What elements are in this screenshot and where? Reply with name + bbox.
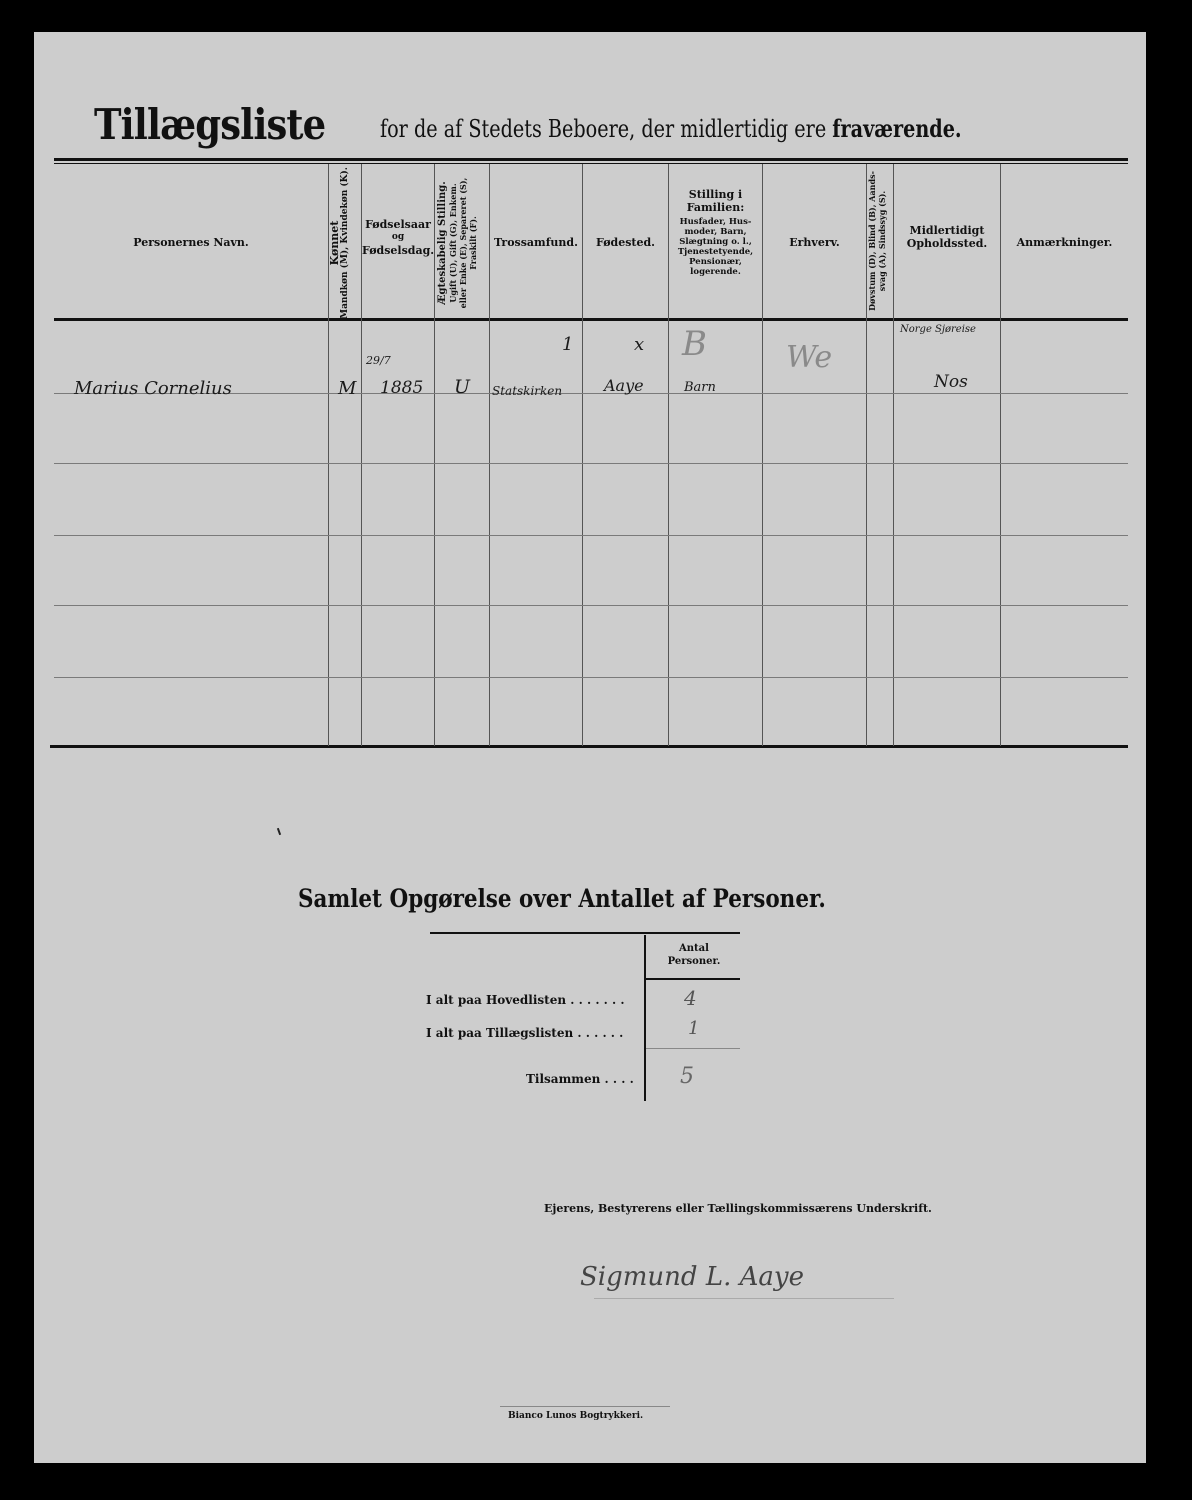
cell-birthplace: Aaye bbox=[604, 376, 644, 395]
header-bottom-rule bbox=[54, 318, 1128, 321]
form-subtitle-emphasis: fraværende. bbox=[832, 114, 961, 143]
summary-top-rule bbox=[430, 932, 740, 934]
summary-value-main-list: 4 bbox=[684, 986, 697, 1010]
header-marital-line2: Ugift (U), Gift (G), Enkem. bbox=[448, 165, 458, 321]
header-marital-line3: eller Enke (E), Separeret (S), bbox=[458, 165, 468, 321]
header-temp-residence-line1: Midlertidigt bbox=[894, 224, 1000, 237]
cell-birth-year: 1885 bbox=[380, 378, 423, 398]
header-family-line5: Slægtning o. l., bbox=[669, 237, 762, 247]
header-temp-residence: Midlertidigt Opholdssted. bbox=[894, 224, 1000, 250]
summary-divider bbox=[644, 935, 646, 1101]
header-marital: Ægteskabelig Stilling. Ugift (U), Gift (… bbox=[438, 165, 488, 321]
header-marital-line4: Fraskilt (F). bbox=[468, 165, 478, 321]
cell-occupation: We bbox=[786, 340, 832, 375]
form-title: Tillægsliste bbox=[94, 100, 325, 149]
census-form-page: Tillægsliste for de af Stedets Beboere, … bbox=[34, 32, 1146, 1463]
header-birth-line3: Fødselsdag. bbox=[362, 244, 434, 257]
header-marital-line1: Ægteskabelig Stilling. bbox=[438, 165, 448, 321]
header-family-line6: Tjenestetyende, bbox=[669, 247, 762, 257]
form-subtitle-text: for de af Stedets Beboere, der midlertid… bbox=[380, 115, 826, 143]
summary-label-total: Tilsammen . . . . bbox=[526, 1072, 634, 1086]
stray-mark bbox=[277, 828, 281, 835]
header-family-position: Stilling i Familien: Husfader, Hus- mode… bbox=[669, 188, 762, 277]
header-birth: Fødselsaar og Fødselsdag. bbox=[362, 218, 434, 257]
header-religion: Trossamfund. bbox=[490, 236, 582, 249]
summary-count-header-line2: Personer. bbox=[648, 955, 740, 968]
header-occupation: Erhverv. bbox=[763, 236, 866, 249]
header-family-line8: logerende. bbox=[669, 267, 762, 277]
column-divider bbox=[762, 164, 763, 746]
cell-family-position-mark: B bbox=[682, 324, 707, 364]
summary-value-supplement-list: 1 bbox=[688, 1018, 699, 1039]
cell-religion-mark: 1 bbox=[562, 334, 573, 355]
cell-birthplace-mark: x bbox=[634, 334, 644, 355]
row-divider bbox=[54, 535, 1128, 536]
row-divider bbox=[54, 677, 1128, 678]
cell-religion: Statskirken bbox=[492, 384, 562, 398]
header-disability-line1: Døvstum (D), Blind (B), Aands- bbox=[867, 163, 877, 319]
printer-imprint: Bianco Lunos Bogtrykkeri. bbox=[508, 1411, 643, 1421]
header-remarks: Anmærkninger. bbox=[1001, 236, 1128, 249]
header-sex-sub: Mandkøn (M), Kvindekøn (K). bbox=[340, 165, 351, 321]
header-birthplace: Fødested. bbox=[583, 236, 668, 249]
column-divider bbox=[893, 164, 894, 746]
header-family-line1: Stilling i bbox=[669, 188, 762, 201]
header-sex: Kønnet Mandkøn (M), Kvindekøn (K). bbox=[329, 165, 359, 321]
summary-value-total: 5 bbox=[680, 1064, 694, 1089]
header-birth-line1: Fødselsaar bbox=[362, 218, 434, 231]
summary-title: Samlet Opgørelse over Antallet af Person… bbox=[298, 884, 826, 913]
header-top-rule-thin bbox=[54, 163, 1128, 164]
summary-count-header-line1: Antal bbox=[648, 942, 740, 955]
summary-subtotal-rule bbox=[646, 1048, 740, 1049]
column-divider bbox=[434, 164, 435, 746]
form-subtitle: for de af Stedets Beboere, der midlertid… bbox=[380, 114, 962, 143]
cell-birth-daymonth: 29/7 bbox=[366, 354, 391, 367]
cell-family-position: Barn bbox=[684, 380, 716, 395]
column-divider bbox=[1000, 164, 1001, 746]
cell-temp-residence-line2: Nos bbox=[934, 372, 968, 392]
summary-count-header: Antal Personer. bbox=[648, 942, 740, 968]
header-sex-title: Kønnet bbox=[329, 165, 340, 321]
signature-line bbox=[594, 1298, 894, 1299]
cell-temp-residence-line1: Norge Sjøreise bbox=[900, 324, 976, 335]
summary-label-supplement-list: I alt paa Tillægslisten . . . . . . bbox=[426, 1026, 623, 1040]
signature-label: Ejerens, Bestyrerens eller Tællingskommi… bbox=[544, 1202, 932, 1215]
cell-name: Marius Cornelius bbox=[74, 378, 232, 399]
column-divider bbox=[582, 164, 583, 746]
header-family-line2: Familien: bbox=[669, 201, 762, 214]
cell-sex: M bbox=[338, 378, 356, 399]
row-divider bbox=[54, 463, 1128, 464]
header-disability-line2: svag (A), Sindssyg (S). bbox=[877, 163, 887, 319]
row-divider bbox=[54, 605, 1128, 606]
table-bottom-rule bbox=[50, 745, 1128, 748]
column-divider bbox=[489, 164, 490, 746]
header-family-line4: moder, Barn, bbox=[669, 227, 762, 237]
header-disability: Døvstum (D), Blind (B), Aands- svag (A),… bbox=[867, 163, 893, 319]
signature-value: Sigmund L. Aaye bbox=[580, 1262, 804, 1292]
cell-marital: U bbox=[454, 376, 470, 398]
header-temp-residence-line2: Opholdssted. bbox=[894, 237, 1000, 250]
header-family-line7: Pensionær, bbox=[669, 257, 762, 267]
header-top-rule bbox=[54, 158, 1128, 161]
header-family-line3: Husfader, Hus- bbox=[669, 217, 762, 227]
printer-rule bbox=[500, 1406, 670, 1407]
header-birth-line2: og bbox=[362, 231, 434, 244]
header-name: Personernes Navn. bbox=[54, 236, 328, 249]
summary-label-main-list: I alt paa Hovedlisten . . . . . . . bbox=[426, 993, 625, 1007]
summary-header-rule bbox=[646, 978, 740, 980]
